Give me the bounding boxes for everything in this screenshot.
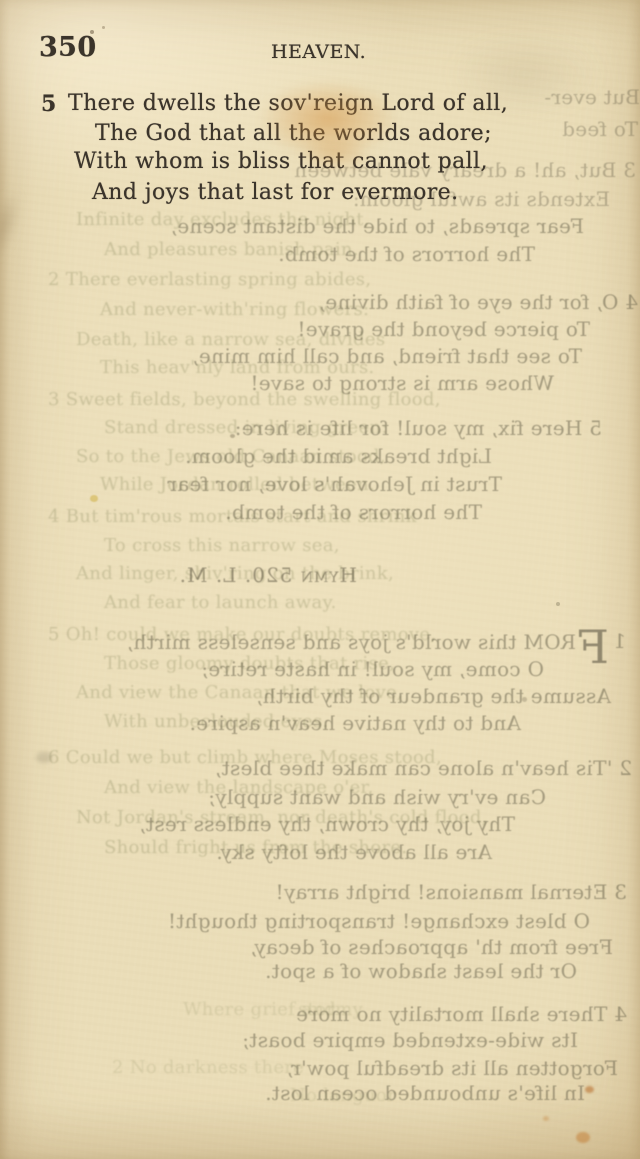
verse-line: With whom is bliss that cannot pall,: [74, 150, 488, 174]
verse-line: The God that all the worlds adore;: [95, 122, 492, 146]
verse-line: There dwells the sov'reign Lord of all,: [68, 92, 508, 116]
verse-line: And joys that last for evermore.: [92, 181, 458, 205]
page-number: 350: [39, 33, 97, 63]
verse-number: 5: [41, 92, 57, 116]
printed-text-layer: 350 HEAVEN. 5 There dwells the sov'reign…: [0, 0, 640, 1159]
running-header: HEAVEN.: [271, 42, 366, 63]
book-page-scan: Infinite day excludes the night,And plea…: [0, 0, 640, 1159]
